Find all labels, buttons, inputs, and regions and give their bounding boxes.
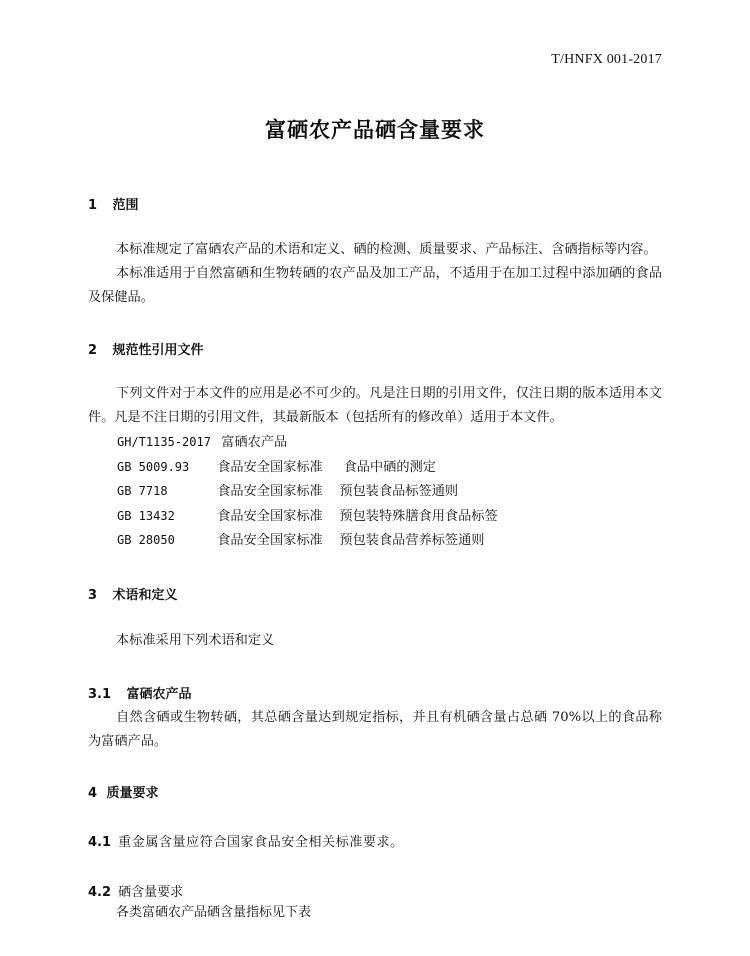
- section-4-heading: 4 质量要求: [88, 782, 159, 801]
- section-4-2-paragraph: 各类富硒农产品硒含量指标见下表: [88, 901, 662, 925]
- reference-category: 富硒农产品: [221, 431, 339, 456]
- reference-row: GB 28050 食品安全国家标准 预包装食品营养标签通则: [117, 528, 498, 553]
- section-number: 2: [88, 343, 108, 358]
- reference-row: GB 13432 食品安全国家标准 预包装特殊膳食用食品标签: [117, 504, 498, 529]
- section-title: 质量要求: [107, 786, 159, 801]
- section-title: 硒含量要求: [118, 885, 183, 900]
- reference-code: GB 13432: [117, 504, 213, 529]
- reference-name: 预包装食品营养标签通则: [339, 529, 484, 554]
- reference-name: 食品中硒的测定: [339, 456, 436, 481]
- section-title: 术语和定义: [113, 588, 178, 603]
- reference-code: GB 5009.93: [117, 455, 213, 480]
- section-1-paragraph-2: 本标准适用于自然富硒和生物转硒的农产品及加工产品，不适用于在加工过程中添加硒的食…: [88, 262, 662, 310]
- section-1-paragraph-1: 本标准规定了富硒农产品的术语和定义、硒的检测、质量要求、产品标注、含硒指标等内容…: [88, 238, 662, 262]
- section-title: 重金属含量应符合国家食品安全相关标准要求。: [118, 835, 404, 850]
- section-number: 4.2: [88, 885, 114, 900]
- section-3-1-heading: 3.1 富硒农产品: [88, 683, 192, 702]
- reference-category: 食品安全国家标准: [217, 480, 335, 505]
- section-number: 4: [88, 786, 102, 801]
- section-title: 范围: [113, 198, 139, 213]
- section-4-1-heading: 4.1 重金属含量应符合国家食品安全相关标准要求。: [88, 831, 404, 850]
- section-title: 规范性引用文件: [113, 343, 204, 358]
- section-3-paragraph-1: 本标准采用下列术语和定义: [88, 629, 662, 653]
- section-4-2-heading: 4.2 硒含量要求: [88, 881, 183, 900]
- document-code: T/HNFX 001-2017: [551, 52, 662, 68]
- section-2-paragraph-1: 下列文件对于本文件的应用是必不可少的。凡是注日期的引用文件，仅注日期的版本适用本…: [88, 382, 662, 430]
- reference-row: GB 5009.93 食品安全国家标准 食品中硒的测定: [117, 455, 498, 480]
- reference-row: GB 7718 食品安全国家标准 预包装食品标签通则: [117, 479, 498, 504]
- section-title: 富硒农产品: [127, 687, 192, 702]
- reference-category: 食品安全国家标准: [217, 529, 335, 554]
- reference-name: 预包装特殊膳食用食品标签: [339, 505, 497, 530]
- section-3-1-paragraph: 自然含硒或生物转硒，其总硒含量达到规定指标，并且有机硒含量占总硒 70%以上的食…: [88, 706, 662, 754]
- section-number: 4.1: [88, 835, 114, 850]
- reference-row: GH/T1135-2017 富硒农产品: [117, 430, 498, 455]
- reference-category: 食品安全国家标准: [217, 505, 335, 530]
- section-number: 3.1: [88, 687, 122, 702]
- reference-name: 预包装食品标签通则: [339, 480, 458, 505]
- reference-category: 食品安全国家标准: [217, 456, 335, 481]
- document-title: 富硒农产品硒含量要求: [0, 114, 750, 144]
- reference-code: GB 7718: [117, 479, 213, 504]
- section-number: 1: [88, 198, 108, 213]
- section-number: 3: [88, 588, 108, 603]
- reference-code: GB 28050: [117, 528, 213, 553]
- section-2-heading: 2 规范性引用文件: [88, 339, 204, 358]
- section-1-heading: 1 范围: [88, 194, 139, 213]
- normative-references-list: GH/T1135-2017 富硒农产品 GB 5009.93 食品安全国家标准 …: [117, 430, 498, 553]
- reference-code: GH/T1135-2017: [117, 430, 217, 455]
- section-3-heading: 3 术语和定义: [88, 584, 178, 603]
